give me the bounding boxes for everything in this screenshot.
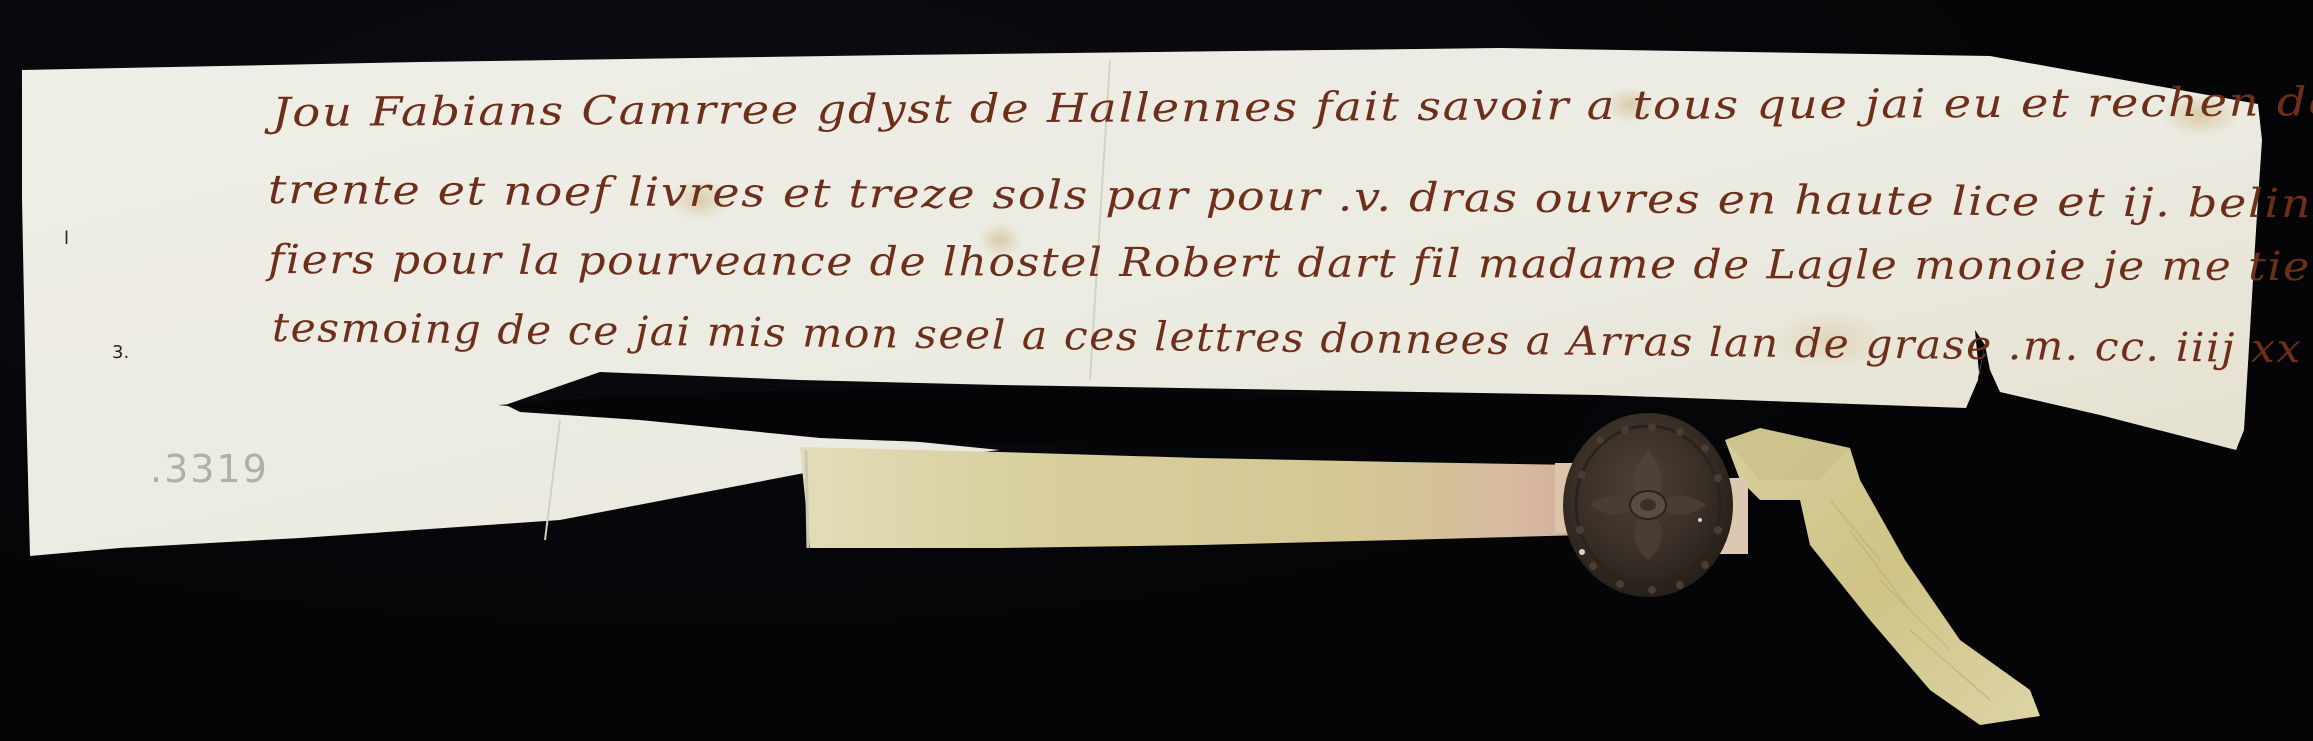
margin-mark-lower: 3. — [112, 342, 129, 363]
charter-line-3: fiers pour la pourveance de lhostel Robe… — [268, 240, 2313, 289]
margin-mark-upper: l — [64, 228, 69, 249]
tag-edge — [806, 450, 808, 548]
seal-tag-strip — [800, 447, 1585, 548]
shelfmark-pencil-note: .3319 — [150, 447, 269, 491]
wax-seal — [1563, 413, 1733, 597]
photograph-stage: Jou Fabians Camrree gdyst de Hallennes f… — [0, 0, 2313, 741]
